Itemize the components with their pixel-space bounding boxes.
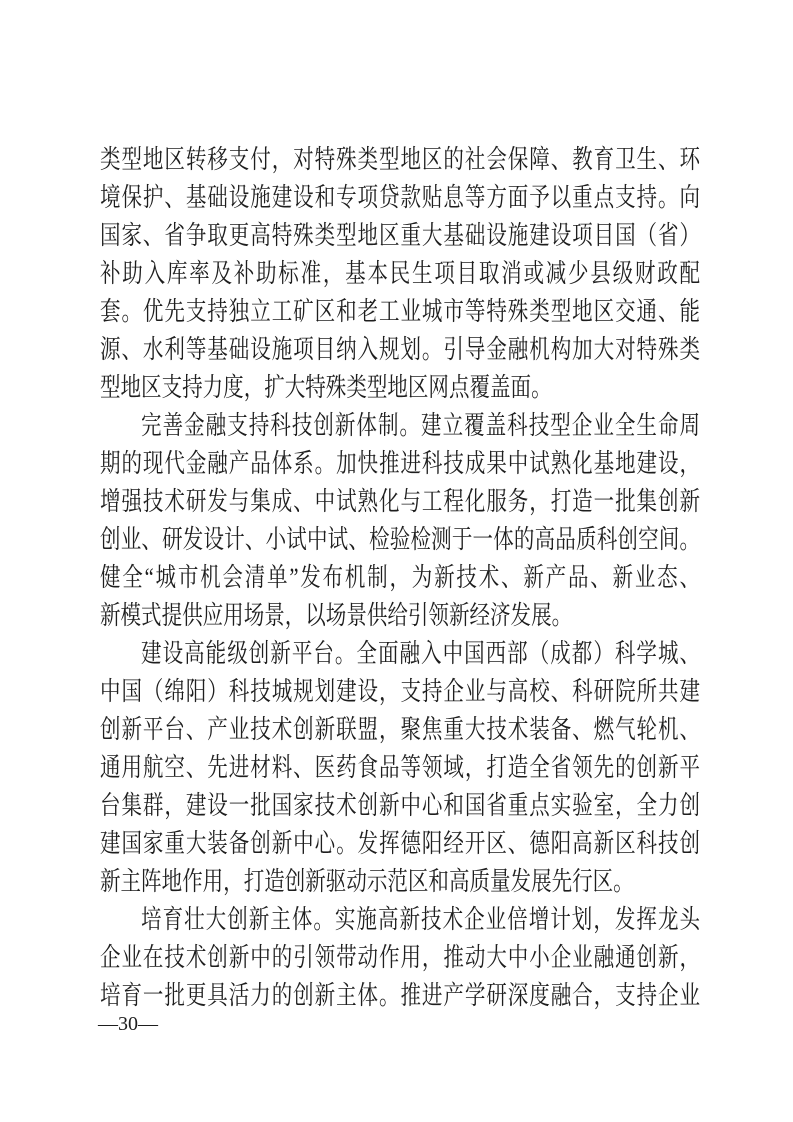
- text-line: 型地区支持力度，扩大特殊类型地区网点覆盖面。: [100, 369, 700, 407]
- body-text-block: 类型地区转移支付，对特殊类型地区的社会保障、教育卫生、环境保护、基础设施建设和专…: [100, 141, 700, 1015]
- text-line: 完善金融支持科技创新体制。建立覆盖科技型企业全生命周: [100, 407, 700, 445]
- document-page: 类型地区转移支付，对特殊类型地区的社会保障、教育卫生、环境保护、基础设施建设和专…: [0, 0, 793, 1122]
- text-line: 期的现代金融产品体系。加快推进科技成果中试熟化基地建设，: [100, 445, 700, 483]
- text-line: 通用航空、先进材料、医药食品等领域，打造全省领先的创新平: [100, 749, 700, 787]
- text-line: 培育一批更具活力的创新主体。推进产学研深度融合，支持企业: [100, 977, 700, 1015]
- text-line: 源、水利等基础设施项目纳入规划。引导金融机构加大对特殊类: [100, 331, 700, 369]
- text-line: 增强技术研发与集成、中试熟化与工程化服务，打造一批集创新: [100, 483, 700, 521]
- text-line: 补助入库率及补助标准，基本民生项目取消或减少县级财政配: [100, 255, 700, 293]
- text-line: 创业、研发设计、小试中试、检验检测于一体的高品质科创空间。: [100, 521, 700, 559]
- text-line: 台集群，建设一批国家技术创新中心和国省重点实验室，全力创: [100, 787, 700, 825]
- text-line: 新主阵地作用，打造创新驱动示范区和高质量发展先行区。: [100, 863, 700, 901]
- text-line: 境保护、基础设施建设和专项贷款贴息等方面予以重点支持。向: [100, 179, 700, 217]
- text-line: 国家、省争取更高特殊类型地区重大基础设施建设项目国（省）: [100, 217, 700, 255]
- text-line: 中国（绵阳）科技城规划建设，支持企业与高校、科研院所共建: [100, 673, 700, 711]
- text-line: 新模式提供应用场景，以场景供给引领新经济发展。: [100, 597, 700, 635]
- text-line: 建国家重大装备创新中心。发挥德阳经开区、德阳高新区科技创: [100, 825, 700, 863]
- text-line: 健全“城市机会清单”发布机制，为新技术、新产品、新业态、: [100, 559, 700, 597]
- page-number: —30—: [98, 1012, 158, 1036]
- text-line: 培育壮大创新主体。实施高新技术企业倍增计划，发挥龙头: [100, 901, 700, 939]
- text-line: 建设高能级创新平台。全面融入中国西部（成都）科学城、: [100, 635, 700, 673]
- text-line: 类型地区转移支付，对特殊类型地区的社会保障、教育卫生、环: [100, 141, 700, 179]
- text-line: 套。优先支持独立工矿区和老工业城市等特殊类型地区交通、能: [100, 293, 700, 331]
- text-line: 创新平台、产业技术创新联盟，聚焦重大技术装备、燃气轮机、: [100, 711, 700, 749]
- text-line: 企业在技术创新中的引领带动作用，推动大中小企业融通创新，: [100, 939, 700, 977]
